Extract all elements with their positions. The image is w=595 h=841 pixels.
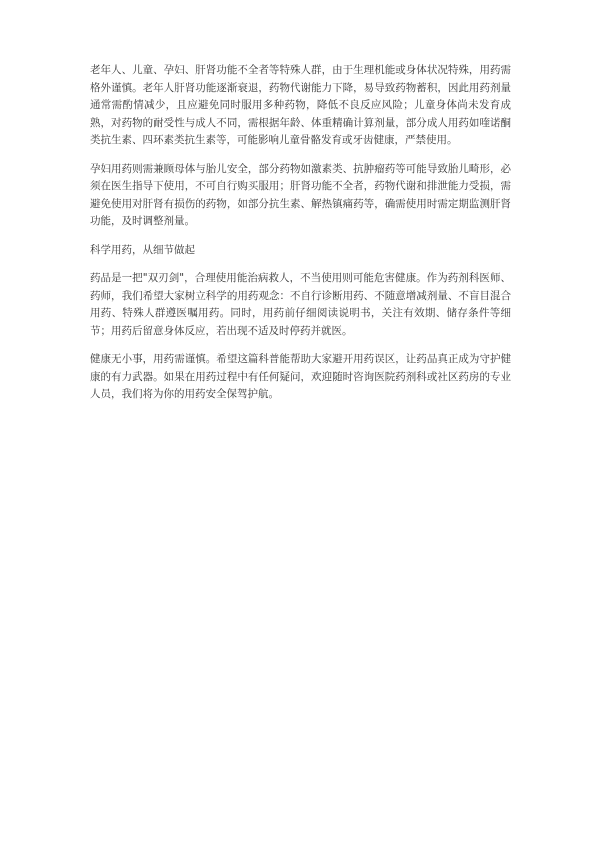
- paragraph-pregnancy-liver-kidney: 孕妇用药则需兼顾母体与胎儿安全，部分药物如激素类、抗肿瘤药等可能导致胎儿畸形，必…: [90, 161, 511, 231]
- paragraph-special-populations: 老年人、儿童、孕妇、肝肾功能不全者等特殊人群，由于生理机能或身体状况特殊，用药需…: [90, 62, 511, 150]
- document-page: 老年人、儿童、孕妇、肝肾功能不全者等特殊人群，由于生理机能或身体状况特殊，用药需…: [0, 0, 595, 841]
- paragraph-closing: 健康无小事，用药需谨慎。希望这篇科普能帮助大家避开用药误区，让药品真正成为守护健…: [90, 351, 511, 404]
- section-heading-scientific-medication: 科学用药，从细节做起: [90, 242, 511, 260]
- paragraph-double-edged-sword: 药品是一把"双刃剑"，合理使用能治病救人，不当使用则可能危害健康。作为药剂科医师…: [90, 270, 511, 340]
